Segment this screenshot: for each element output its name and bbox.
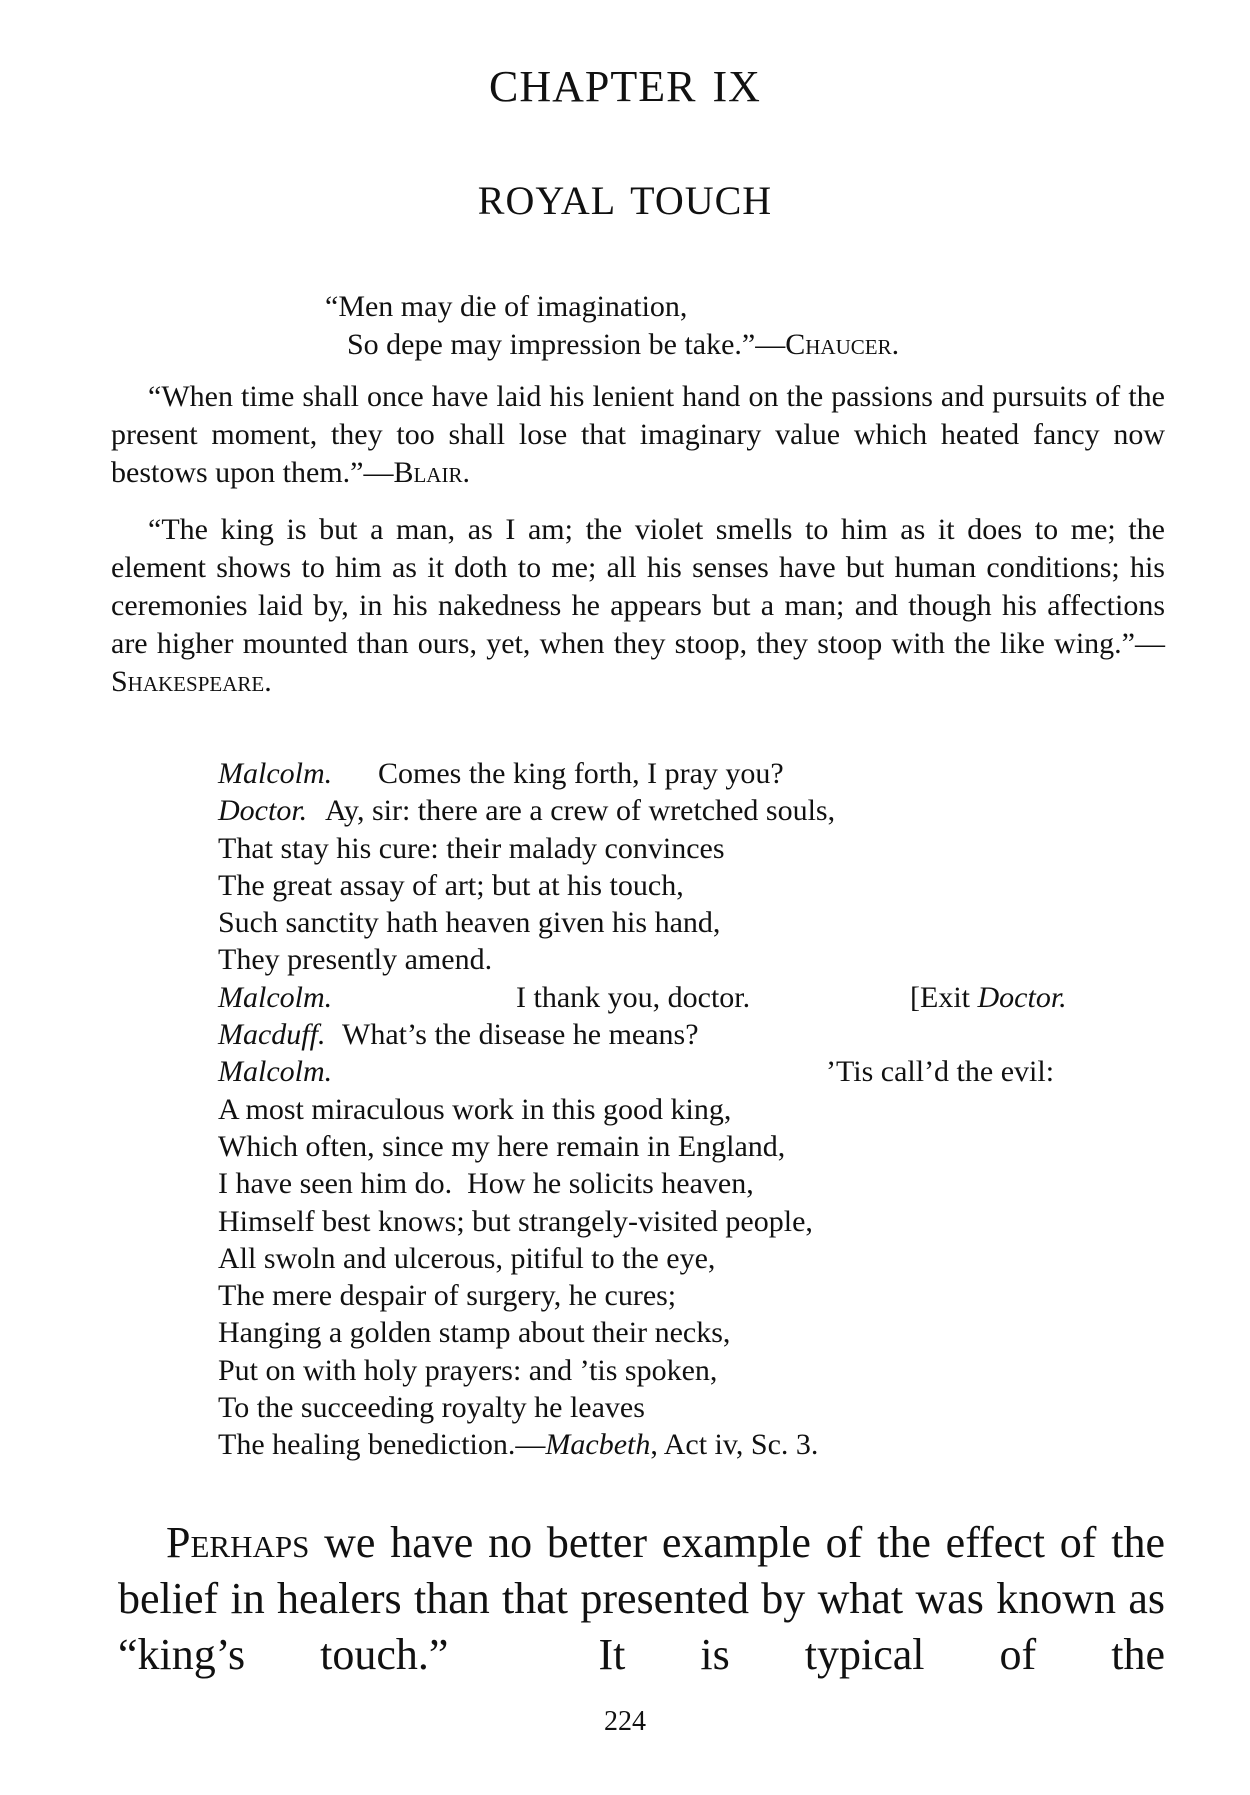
epigraph-shakespeare: “The king is but a man, as I am; the vio… xyxy=(111,511,1165,701)
chapter-title: ROYALTOUCH xyxy=(0,178,1250,224)
verse-line: The healing benediction.—Macbeth, Act iv… xyxy=(218,1426,1118,1463)
verse-text: The mere despair of surgery, he cures; xyxy=(218,1279,676,1312)
verse-text: That stay his cure: their malady convinc… xyxy=(218,832,725,865)
stage-direction-role: Doctor. xyxy=(978,981,1067,1014)
verse-text: Such sanctity hath heaven given his hand… xyxy=(218,906,720,939)
verse-line: Malcolm. ’Tis call’d the evil: xyxy=(218,1053,1118,1090)
stage-direction: [Exit Doctor. xyxy=(910,979,1067,1016)
verse-text: Hanging a golden stamp about their necks… xyxy=(218,1316,730,1349)
verse-text: Which often, since my here remain in Eng… xyxy=(218,1130,785,1163)
source-title: Macbeth xyxy=(545,1428,650,1461)
verse-line: Himself best knows; but strangely-visite… xyxy=(218,1203,1118,1240)
source-reference: , Act iv, Sc. 3. xyxy=(650,1428,818,1461)
epigraph-chaucer: “Men may die of imagination, So depe may… xyxy=(325,288,1145,364)
verse-text: I thank you, doctor. xyxy=(516,979,750,1016)
speaker-name: Doctor. xyxy=(218,794,307,827)
epigraph-text: “When time shall once have laid his leni… xyxy=(111,380,1165,489)
epigraph-author: Blair. xyxy=(393,456,470,489)
verse-line: Hanging a golden stamp about their necks… xyxy=(218,1314,1118,1351)
verse-line: That stay his cure: their malady convinc… xyxy=(218,830,1118,867)
verse-text: To the succeeding royalty he leaves xyxy=(218,1391,645,1424)
lead-word: Perhaps xyxy=(166,1518,309,1567)
speaker-name: Malcolm. xyxy=(218,1055,332,1088)
body-text: Perhaps we have no better example of the… xyxy=(118,1515,1165,1683)
verse-line: To the succeeding royalty he leaves xyxy=(218,1389,1118,1426)
verse-line: Malcolm. Comes the king forth, I pray yo… xyxy=(218,755,1118,792)
epigraph-author: Shakespeare. xyxy=(111,665,272,698)
verse-line: Which often, since my here remain in Eng… xyxy=(218,1128,1118,1165)
speaker-name: Malcolm. xyxy=(218,981,332,1014)
verse-text: The healing benediction.— xyxy=(218,1428,545,1461)
stage-direction-prefix: [Exit xyxy=(910,981,978,1014)
verse-line: Doctor. Ay, sir: there are a crew of wre… xyxy=(218,792,1118,829)
verse-text: Ay, sir: there are a crew of wretched so… xyxy=(325,792,835,829)
speaker-name: Macduff. xyxy=(218,1018,325,1051)
verse-text: ’Tis call’d the evil: xyxy=(826,1053,1054,1090)
verse-quotation: Malcolm. Comes the king forth, I pray yo… xyxy=(218,755,1118,1464)
verse-text: What’s the disease he means? xyxy=(342,1016,699,1053)
chapter-title-word-2: TOUCH xyxy=(630,178,772,223)
epigraph-line-text: So depe may impression be take.”— xyxy=(347,328,785,361)
chapter-number: IX xyxy=(713,62,761,111)
verse-text: They presently amend. xyxy=(218,943,492,976)
page-number: 224 xyxy=(0,1706,1250,1738)
epigraph-text: “The king is but a man, as I am; the vio… xyxy=(111,513,1165,660)
verse-text: Put on with holy prayers: and ’tis spoke… xyxy=(218,1354,717,1387)
verse-line: They presently amend. xyxy=(218,941,1118,978)
verse-line: All swoln and ulcerous, pitiful to the e… xyxy=(218,1240,1118,1277)
book-page: CHAPTERIX ROYALTOUCH “Men may die of ima… xyxy=(0,0,1250,1795)
verse-line: A most miraculous work in this good king… xyxy=(218,1091,1118,1128)
speaker-name: Malcolm. xyxy=(218,757,332,790)
verse-line: Malcolm. I thank you, doctor. [Exit Doct… xyxy=(218,979,1118,1016)
body-paragraph: Perhaps we have no better example of the… xyxy=(118,1515,1165,1683)
epigraph-author: Chaucer. xyxy=(785,328,899,361)
chapter-heading: CHAPTERIX xyxy=(0,62,1250,112)
epigraph-blair: “When time shall once have laid his leni… xyxy=(111,378,1165,492)
verse-line: The great assay of art; but at his touch… xyxy=(218,867,1118,904)
chapter-title-word-1: ROYAL xyxy=(478,178,616,223)
verse-text: The great assay of art; but at his touch… xyxy=(218,869,684,902)
verse-text: All swoln and ulcerous, pitiful to the e… xyxy=(218,1242,715,1275)
verse-line: I have seen him do. How he solicits heav… xyxy=(218,1165,1118,1202)
verse-line: Such sanctity hath heaven given his hand… xyxy=(218,904,1118,941)
epigraph-line: So depe may impression be take.”—Chaucer… xyxy=(325,326,1145,364)
epigraph-line: “Men may die of imagination, xyxy=(325,288,1145,326)
epigraph-paragraph: “The king is but a man, as I am; the vio… xyxy=(111,511,1165,701)
verse-text: Comes the king forth, I pray you? xyxy=(378,755,784,792)
verse-line: The mere despair of surgery, he cures; xyxy=(218,1277,1118,1314)
verse-line: Put on with holy prayers: and ’tis spoke… xyxy=(218,1352,1118,1389)
epigraph-paragraph: “When time shall once have laid his leni… xyxy=(111,378,1165,492)
verse-text: I have seen him do. How he solicits heav… xyxy=(218,1167,754,1200)
verse-text: A most miraculous work in this good king… xyxy=(218,1093,731,1126)
chapter-label: CHAPTER xyxy=(489,62,696,111)
verse-text: Himself best knows; but strangely-visite… xyxy=(218,1205,813,1238)
verse-line: Macduff. What’s the disease he means? xyxy=(218,1016,1118,1053)
